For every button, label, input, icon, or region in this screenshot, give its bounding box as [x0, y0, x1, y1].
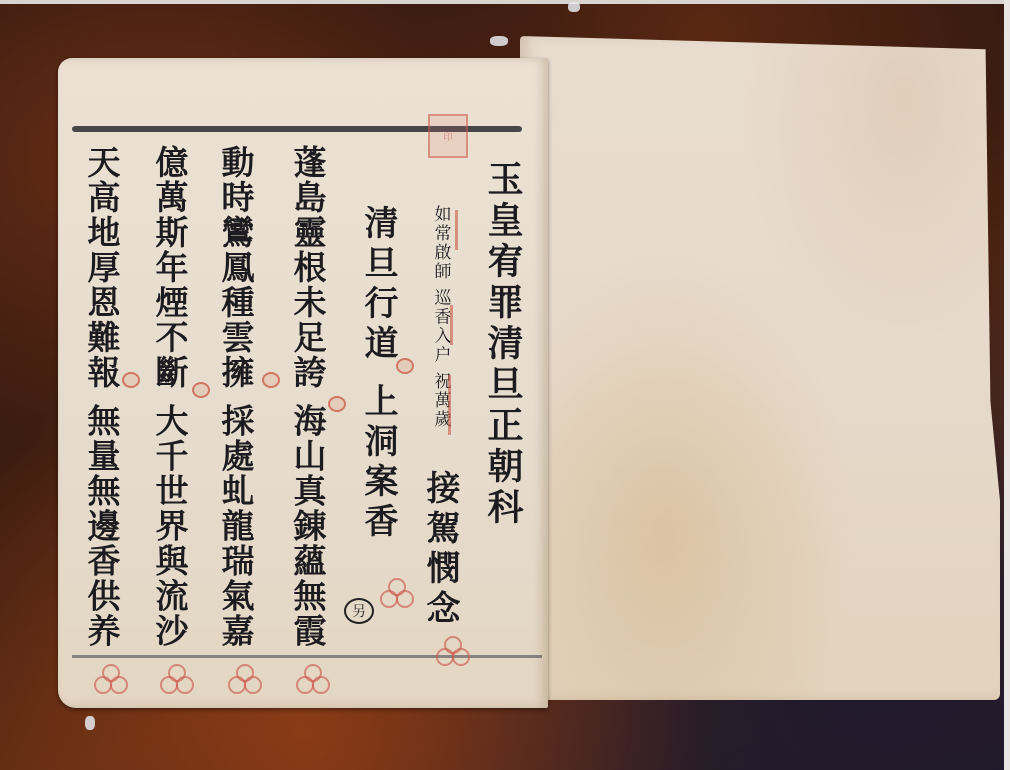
red-punctuation-dot — [396, 358, 414, 374]
open-manuscript: 印 玉皇宥罪清旦正朝科 如常啟師 巡香入户 祝萬歲 接駕憫念 清旦行道 上洞案香… — [0, 0, 1010, 770]
title-text: 玉皇宥罪清旦正朝科 — [485, 160, 521, 529]
circled-character: 另 — [344, 598, 374, 624]
column-6: 天高地厚恩難報 無量無邊香供养 — [80, 145, 124, 649]
red-punctuation-dot — [328, 396, 346, 412]
red-punctuation-dot — [192, 382, 210, 398]
column-5-text: 億萬斯年煙不斷 大千世界與流沙 — [154, 145, 187, 649]
red-trefoil-mark — [436, 636, 468, 664]
column-5: 億萬斯年煙不斷 大千世界與流沙 — [148, 145, 192, 649]
bottom-frame-line — [72, 655, 542, 658]
right-page-blank — [520, 36, 1000, 700]
red-trefoil-mark — [228, 664, 260, 692]
red-seal-stamp: 印 — [428, 114, 468, 158]
red-trefoil-mark — [160, 664, 192, 692]
annotation-text: 如常啟師 巡香入户 祝萬歲 — [432, 205, 449, 429]
column-2: 清旦行道 上洞案香 — [356, 205, 400, 543]
column-2-text: 清旦行道 上洞案香 — [361, 205, 395, 543]
column-4-text: 動時鸞鳳種雲擁 採處虬龍瑞氣嘉 — [220, 145, 253, 649]
red-punctuation-dot — [262, 372, 280, 388]
red-punctuation-bar — [450, 305, 453, 345]
red-punctuation-dot — [122, 372, 140, 388]
column-4: 動時鸞鳳種雲擁 採處虬龍瑞氣嘉 — [214, 145, 258, 649]
red-trefoil-mark — [380, 578, 412, 606]
red-trefoil-mark — [296, 664, 328, 692]
column-3: 蓬島靈根未足誇 海山真錬蘊無霞 — [286, 145, 330, 649]
title-column: 玉皇宥罪清旦正朝科 — [478, 160, 528, 529]
column-6-text: 天高地厚恩難報 無量無邊香供养 — [86, 145, 119, 649]
red-punctuation-bar — [448, 375, 451, 435]
red-punctuation-bar — [455, 210, 458, 250]
red-trefoil-mark — [94, 664, 126, 692]
column-3-text: 蓬島靈根未足誇 海山真錬蘊無霞 — [292, 145, 325, 649]
column-tail-text: 接駕憫念 — [420, 470, 460, 630]
column-tail-chars: 接駕憫念 — [423, 470, 457, 630]
